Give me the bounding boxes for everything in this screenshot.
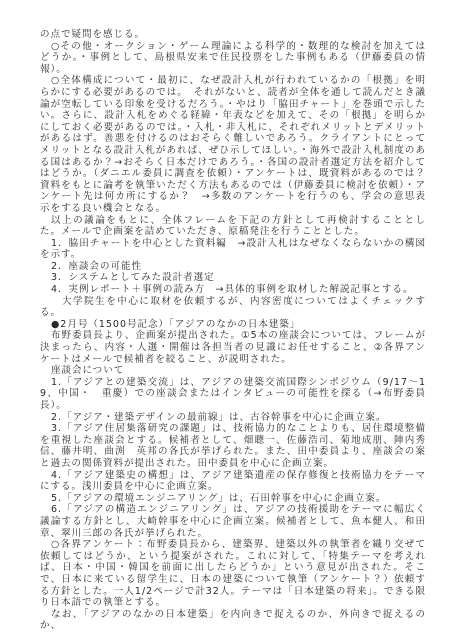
list-item: 6.「アジアの構造エンジニアリング」は、アジアの技術援助をテーマに幅広く議論する… xyxy=(40,504,426,539)
section-heading: ●2月号（1500号記念）「アジアのなかの日本建築」 xyxy=(40,319,426,331)
list-item: 4.「アジア建築史の構想」は、アジア建築遺産の保存修復と技術協力をテーマにする。… xyxy=(40,470,426,493)
list-item: 3．システムとしてみた設計者選定 xyxy=(40,272,426,284)
paragraph: 布野委員長より、企画案が提出された。①5本の座談会については、フレームが決まった… xyxy=(40,330,426,365)
paragraph: ○各界アンケート：布野委員長から、建築界、建築以外の執筆者を織り交ぜて依頼しては… xyxy=(40,539,426,609)
list-item: 4．実例レポート＋事例の読み方 →具体的事例を取材した解説記事とする。 xyxy=(40,284,426,296)
list-item: 2．座談会の可能性 xyxy=(40,261,426,273)
paragraph: ○その他・オークション・ゲーム理論による科学的・数理的な検討を加えてはどうか。・… xyxy=(40,41,426,76)
paragraph: なお、「アジアのなかの日本建築」を内向きで捉えるのか、外向きで捉えるのか、 xyxy=(40,609,426,632)
list-item: 5.「アジアの環境エンジニアリング」は、石田幹事を中心に企画立案。 xyxy=(40,493,426,505)
list-item: 2.「アジア・建築デザインの最前線」は、古谷幹事を中心に企画立案。 xyxy=(40,412,426,424)
paragraph: 大学院生を中心に取材を依頼するが、内容密度についてはよくチェックする。 xyxy=(40,296,426,319)
paragraph: の点で疑問を感じる。 xyxy=(40,29,426,41)
list-item: 1．脇田チャートを中心とした資料編 →設計入札はなぜなくならないかの構図を示す。 xyxy=(40,238,426,261)
paragraph: 以上の議論をもとに、全体フレームを下記の方針として再検討することとした。メールで… xyxy=(40,215,426,238)
list-item: 1.「アジアとの建築交流」は、アジアの建築交流国際シンポジウム（9/17～19、… xyxy=(40,377,426,412)
paragraph: ○全体構成について・最初に、なぜ設計入札が行われているかの「根拠」を明らかにする… xyxy=(40,75,426,214)
list-item: 3.「アジア住居集落研究の課題」は、技術協力的なことよりも、居住環境整備を重視し… xyxy=(40,423,426,469)
document-page: の点で疑問を感じる。 ○その他・オークション・ゲーム理論による科学的・数理的な検… xyxy=(0,0,452,640)
subsection-heading: 座談会について xyxy=(40,365,426,377)
